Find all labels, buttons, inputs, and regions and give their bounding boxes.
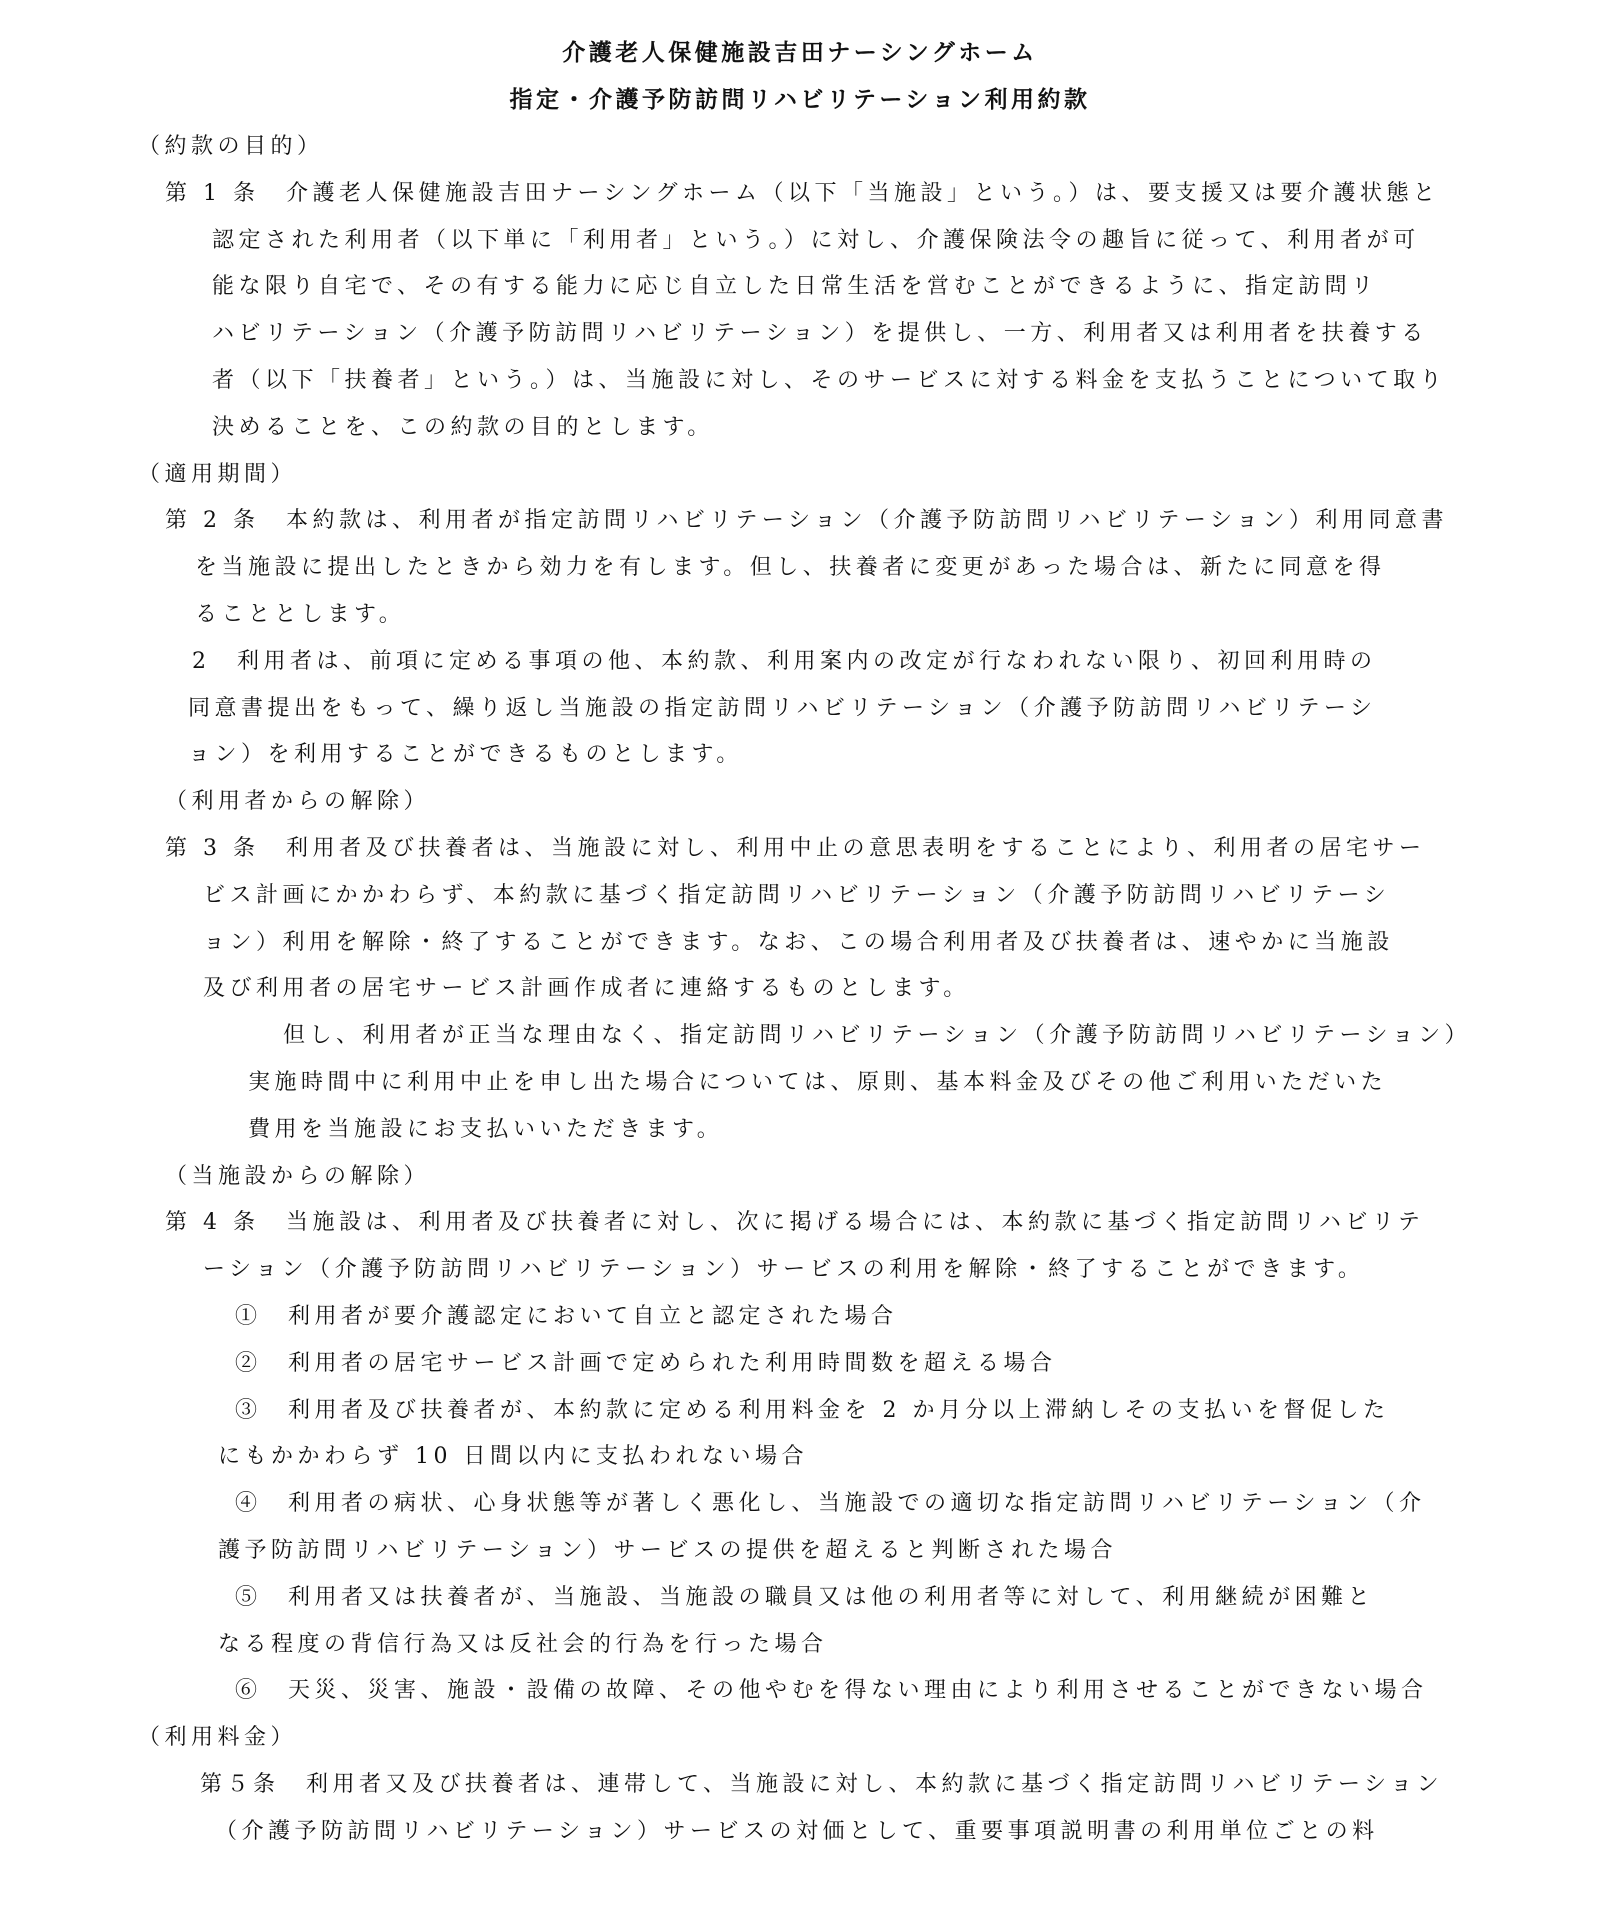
- text-line-article-4-item-3-l2: にもかかわらず 10 日間以内に支払われない場合: [218, 1434, 1600, 1481]
- text-line-article-4-item-5-l2: なる程度の背信行為又は反社会的行為を行った場合: [218, 1622, 1600, 1669]
- text-line-article-3-proviso-l2: 実施時間中に利用中止を申し出た場合については、原則、基本料金及びその他ご利用いた…: [248, 1060, 1600, 1107]
- text-line-article-3-proviso-l1: 但し、利用者が正当な理由なく、指定訪問リハビリテーション（介護予防訪問リハビリテ…: [283, 1013, 1600, 1060]
- document-subtitle: 指定・介護予防訪問リハビリテーション利用約款: [0, 77, 1600, 124]
- document-title: 介護老人保健施設吉田ナーシングホーム: [0, 30, 1600, 77]
- section-heading-line-section-heading-purpose-l1: （約款の目的）: [138, 124, 1600, 171]
- text-line-article-4-item-5-l1: ⑤ 利用者又は扶養者が、当施設、当施設の職員又は他の利用者等に対して、利用継続が…: [235, 1575, 1600, 1622]
- text-line-article-4-item-6-l1: ⑥ 天災、災害、施設・設備の故障、その他やむを得ない理由により利用させることがで…: [235, 1668, 1600, 1715]
- text-line-article-4-l2: ーション（介護予防訪問リハビリテーション）サービスの利用を解除・終了することがで…: [203, 1247, 1600, 1294]
- text-line-article-4-item-4-l2: 護予防訪問リハビリテーション）サービスの提供を超えると判断された場合: [218, 1528, 1600, 1575]
- section-heading-line-section-heading-period-l1: （適用期間）: [138, 452, 1600, 499]
- text-line-article-2-paragraph-2-l1: 2 利用者は、前項に定める事項の他、本約款、利用案内の改定が行なわれない限り、初…: [192, 639, 1600, 686]
- text-line-article-4-l1: 第 4 条 当施設は、利用者及び扶養者に対し、次に掲げる場合には、本約款に基づく…: [165, 1200, 1600, 1247]
- section-heading-line-section-heading-facility-cancellation-l1: （当施設からの解除）: [165, 1154, 1600, 1201]
- text-line-article-2-paragraph-2-l2: 同意書提出をもって、繰り返し当施設の指定訪問リハビリテーション（介護予防訪問リハ…: [188, 686, 1600, 733]
- text-line-article-2-l2: を当施設に提出したときから効力を有します。但し、扶養者に変更があった場合は、新た…: [195, 545, 1600, 592]
- document-page: 介護老人保健施設吉田ナーシングホーム 指定・介護予防訪問リハビリテーション利用約…: [0, 0, 1600, 1920]
- document-body: （約款の目的）第 1 条 介護老人保健施設吉田ナーシングホーム（以下「当施設」と…: [0, 124, 1600, 1855]
- text-line-article-4-item-1-l1: ① 利用者が要介護認定において自立と認定された場合: [235, 1294, 1600, 1341]
- text-line-article-1-l4: ハビリテーション（介護予防訪問リハビリテーション）を提供し、一方、利用者又は利用…: [212, 311, 1600, 358]
- text-line-article-2-l1: 第 2 条 本約款は、利用者が指定訪問リハビリテーション（介護予防訪問リハビリテ…: [165, 498, 1600, 545]
- text-line-article-3-l3: ョン）利用を解除・終了することができます。なお、この場合利用者及び扶養者は、速や…: [203, 920, 1600, 967]
- text-line-article-3-l4: 及び利用者の居宅サービス計画作成者に連絡するものとします。: [203, 966, 1600, 1013]
- text-line-article-5-l1: 第５条 利用者又及び扶養者は、連帯して、当施設に対し、本約款に基づく指定訪問リハ…: [200, 1762, 1600, 1809]
- text-line-article-1-l1: 第 1 条 介護老人保健施設吉田ナーシングホーム（以下「当施設」という。）は、要…: [165, 171, 1600, 218]
- text-line-article-3-l2: ビス計画にかかわらず、本約款に基づく指定訪問リハビリテーション（介護予防訪問リハ…: [203, 873, 1600, 920]
- text-line-article-2-paragraph-2-l3: ョン）を利用することができるものとします。: [188, 732, 1600, 779]
- text-line-article-1-l3: 能な限り自宅で、その有する能力に応じ自立した日常生活を営むことができるように、指…: [212, 264, 1600, 311]
- text-line-article-2-l3: ることとします。: [195, 592, 1600, 639]
- text-line-article-3-proviso-l3: 費用を当施設にお支払いいただきます。: [248, 1107, 1600, 1154]
- text-line-article-4-item-2-l1: ② 利用者の居宅サービス計画で定められた利用時間数を超える場合: [235, 1341, 1600, 1388]
- text-line-article-3-l1: 第 3 条 利用者及び扶養者は、当施設に対し、利用中止の意思表明をすることにより…: [165, 826, 1600, 873]
- section-heading-line-section-heading-user-cancellation-l1: （利用者からの解除）: [165, 779, 1600, 826]
- text-line-article-1-l5: 者（以下「扶養者」という。）は、当施設に対し、そのサービスに対する料金を支払うこ…: [212, 358, 1600, 405]
- section-heading-line-section-heading-fees-l1: （利用料金）: [138, 1715, 1600, 1762]
- text-line-article-4-item-4-l1: ④ 利用者の病状、心身状態等が著しく悪化し、当施設での適切な指定訪問リハビリテー…: [235, 1481, 1600, 1528]
- text-line-article-5-l2: （介護予防訪問リハビリテーション）サービスの対価として、重要事項説明書の利用単位…: [215, 1809, 1600, 1856]
- text-line-article-1-l2: 認定された利用者（以下単に「利用者」という。）に対し、介護保険法令の趣旨に従って…: [212, 218, 1600, 265]
- text-line-article-4-item-3-l1: ③ 利用者及び扶養者が、本約款に定める利用料金を 2 か月分以上滞納しその支払い…: [235, 1388, 1600, 1435]
- text-line-article-1-l6: 決めることを、この約款の目的とします。: [212, 405, 1600, 452]
